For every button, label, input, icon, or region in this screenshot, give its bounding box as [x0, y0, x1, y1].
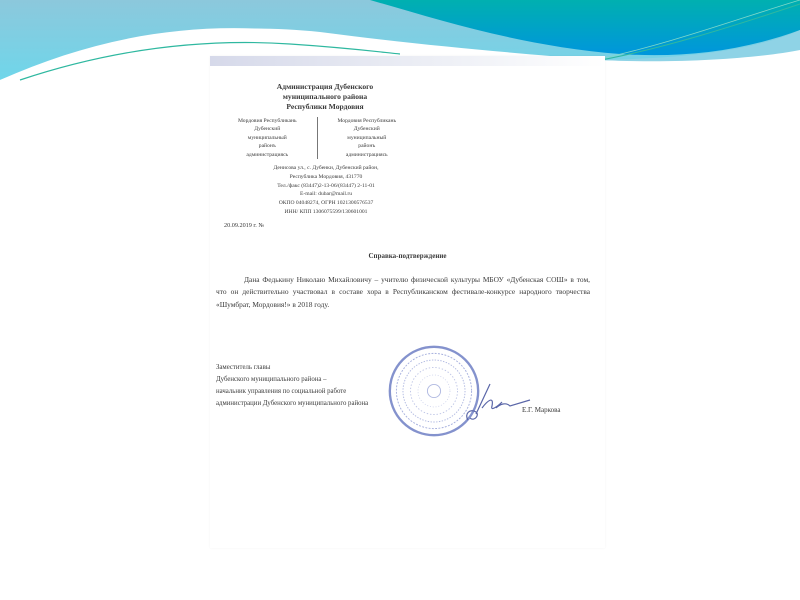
okpo-line: ОКПО 04048274, ОГРН 1021300576537 [226, 199, 426, 208]
org-line-1: Администрация Дубенского [230, 82, 420, 92]
document-title: Справка-подтверждение [210, 252, 605, 260]
letterhead-right-column: Мордовия Республикань Дубенский муниципа… [318, 117, 413, 159]
address-line: Денисова ул., с. Дубенки, Дубенский райо… [226, 164, 426, 173]
org-line-3: Республики Мордовия [230, 102, 420, 112]
right-col-line: Мордовия Республикань [322, 117, 413, 125]
document-date: 20.09.2019 г. № [224, 222, 264, 229]
left-col-line: Мордовия Республикань [222, 117, 313, 125]
right-col-line: районъ [322, 142, 413, 150]
right-col-line: муниципальный [322, 134, 413, 142]
letterhead-left-column: Мордовия Республикань Дубенский муниципа… [222, 117, 318, 159]
address-line: Республика Мордовия, 431770 [226, 173, 426, 182]
right-col-line: Дубенский [322, 125, 413, 133]
inn-line: ИНН/ КПП 1306075599/130601001 [226, 208, 426, 217]
letterhead-columns: Мордовия Республикань Дубенский муниципа… [222, 117, 412, 159]
scanned-document: Администрация Дубенского муниципального … [210, 56, 605, 548]
document-body: Дана Федькину Николаю Михайловичу – учит… [216, 274, 590, 311]
email-line: E-mail: dubar@mail.ru [226, 190, 426, 199]
letterhead-org: Администрация Дубенского муниципального … [230, 82, 420, 112]
right-col-line: администрациясь [322, 151, 413, 159]
letterhead-address: Денисова ул., с. Дубенки, Дубенский райо… [226, 164, 426, 217]
left-col-line: администрациясь [222, 151, 313, 159]
scan-edge [210, 56, 605, 66]
org-line-2: муниципального района [230, 92, 420, 102]
left-col-line: муниципальный [222, 134, 313, 142]
left-col-line: Дубенский [222, 125, 313, 133]
phone-line: Тел./факс (83447)2-13-06/(83447) 2-11-01 [226, 182, 426, 191]
handwritten-signature-icon [460, 378, 535, 426]
left-col-line: районъ [222, 142, 313, 150]
signer-name: Е.Г. Маркова [522, 406, 560, 414]
